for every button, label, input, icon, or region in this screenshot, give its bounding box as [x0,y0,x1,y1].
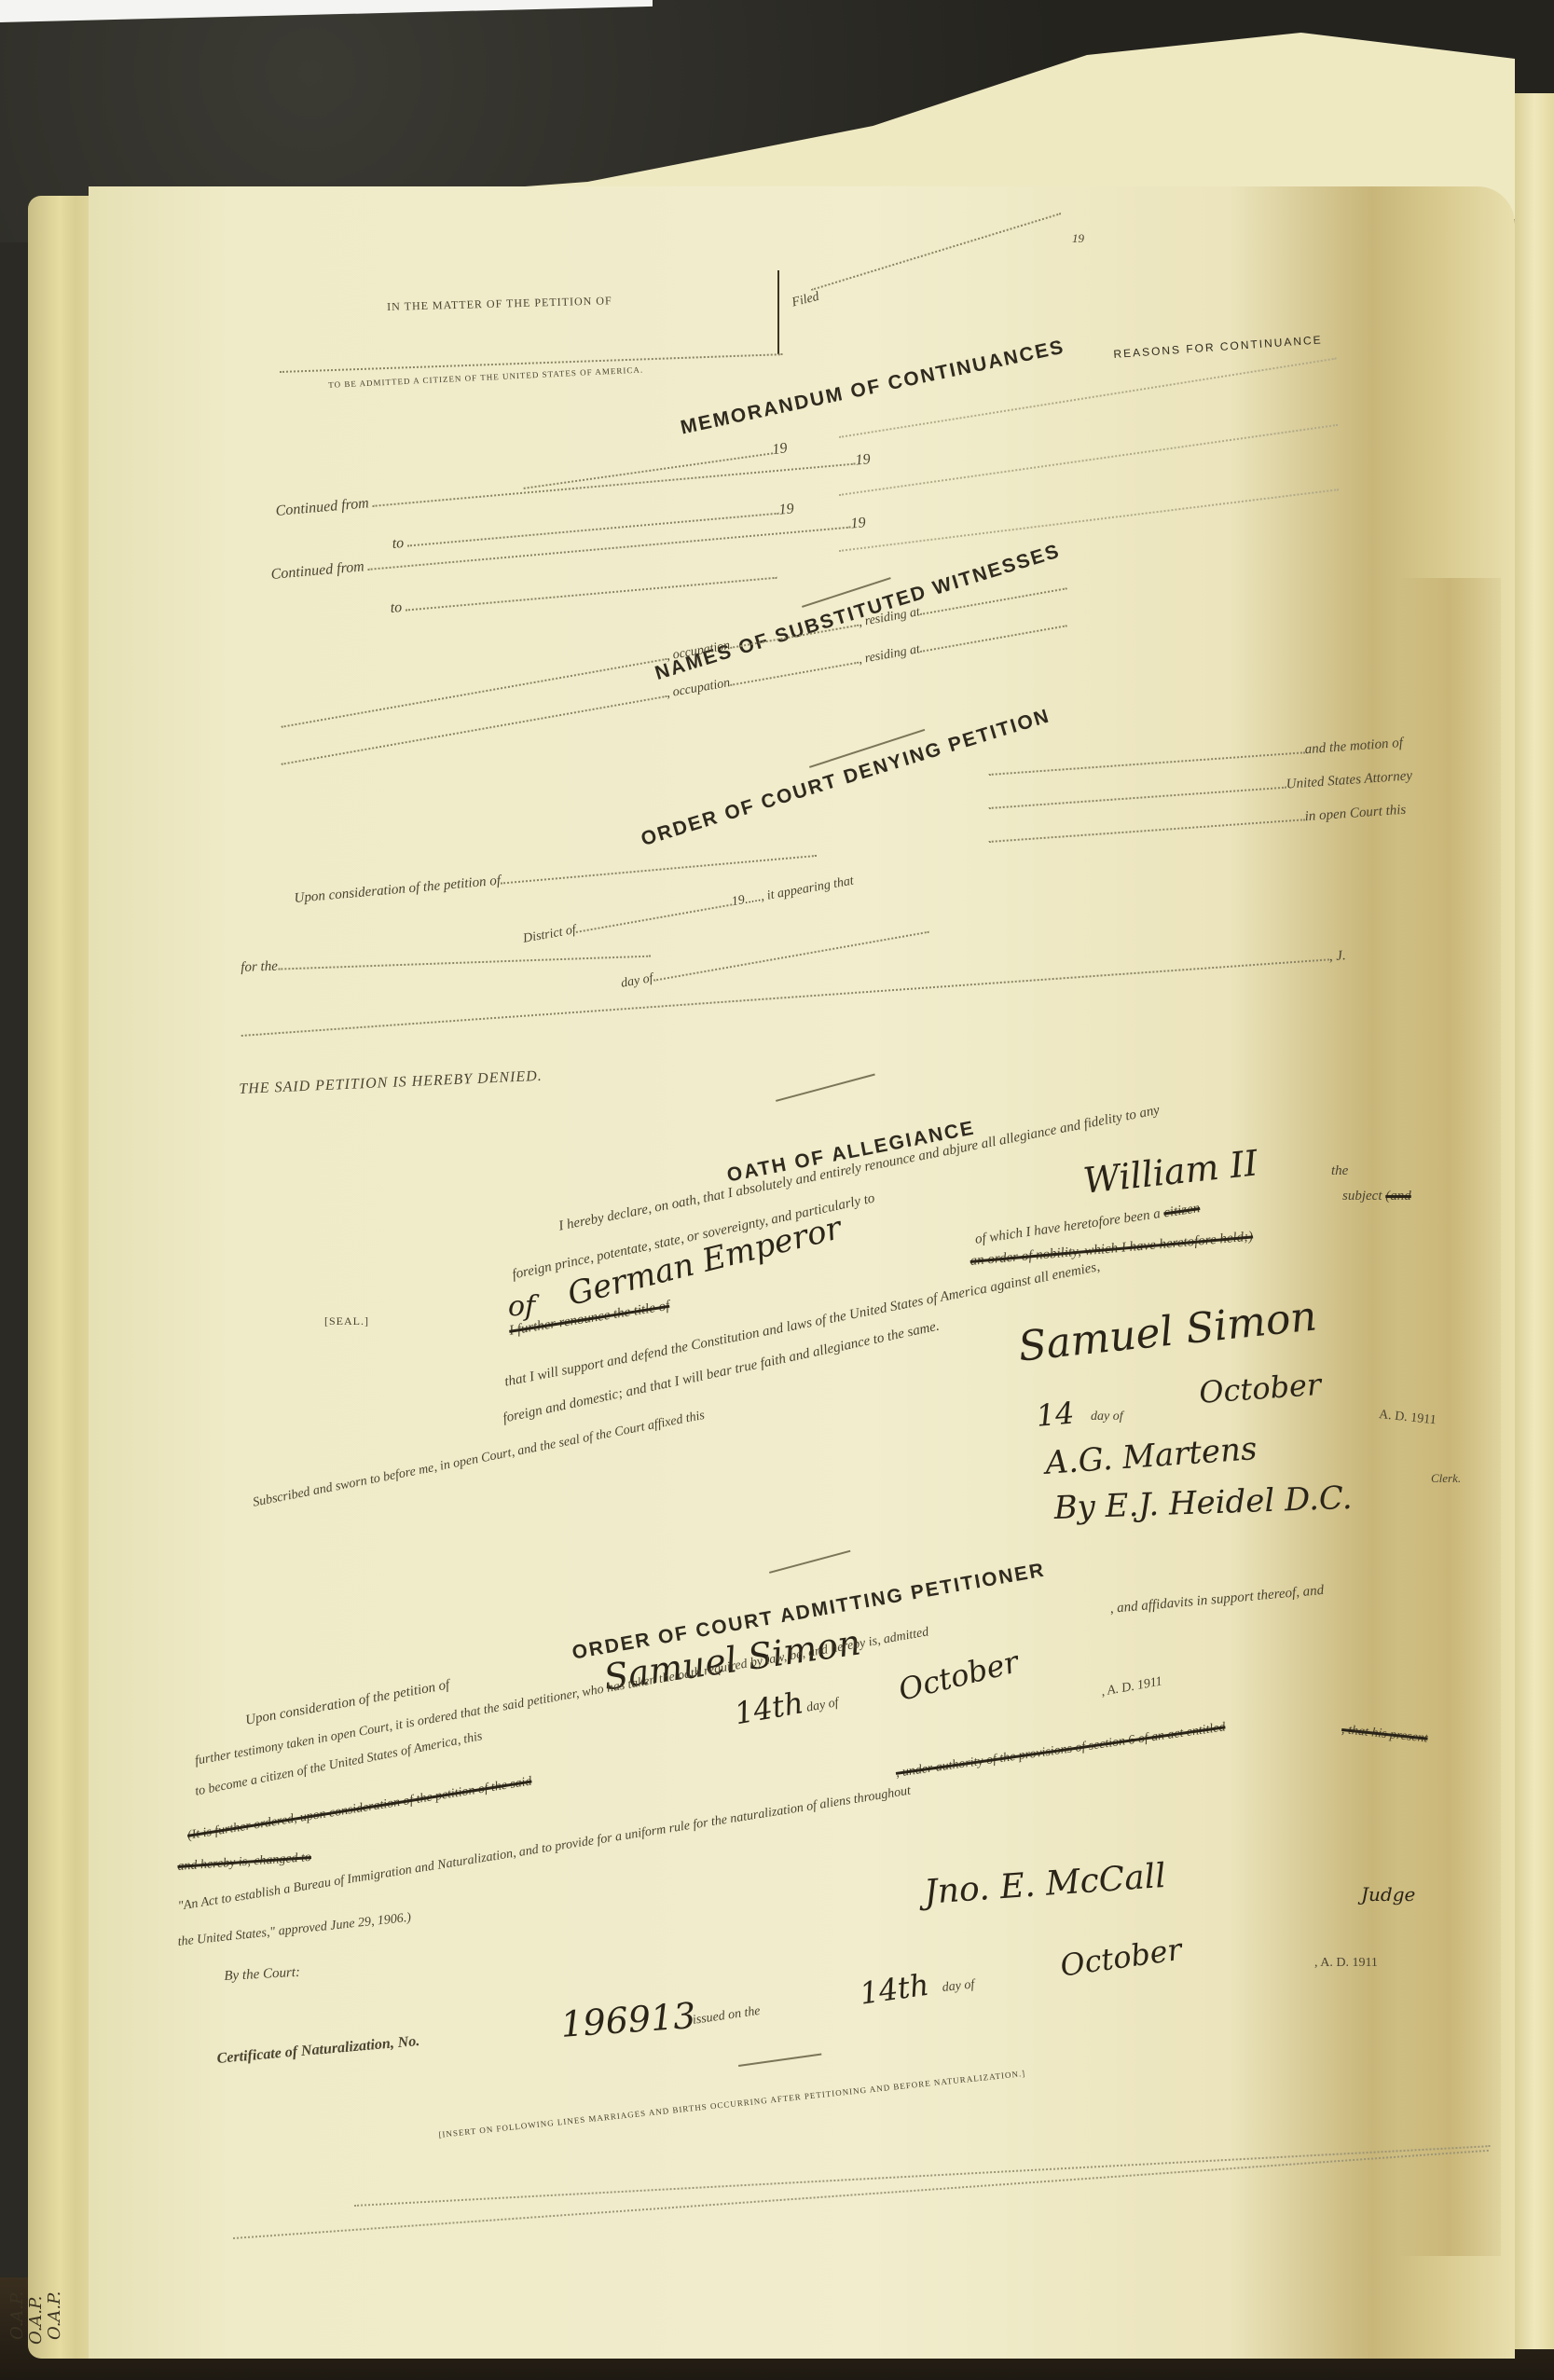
oath-day-of: day of [1091,1410,1123,1424]
document-content: IN THE MATTER OF THE PETITION OF Filed 1… [0,0,1554,2380]
bracket-divider [777,270,779,354]
of-handwritten: of [508,1290,535,1323]
certificate-label: Certificate of Naturalization, No. [216,2033,420,2068]
margin-note: O.A.P. [7,2291,27,2340]
act-line: "An Act to establish a Bureau of Immigra… [177,1784,912,1915]
reasons-for-continuance-label: REASONS FOR CONTINUANCE [1113,333,1323,361]
continued-from-label: Continued from [275,495,369,519]
section-divider [769,1550,850,1574]
struck-present-name: , that his present [1341,1723,1428,1747]
filed-line [811,213,1062,293]
oath-ad-year: A. D. 1911 [1378,1408,1437,1428]
open-court-label: in open Court this [1304,803,1407,825]
admitting-month-handwritten: October [895,1644,1022,1708]
margin-note: O.A.P. [45,2291,64,2340]
clerk-signature: A.G. Martens [1044,1430,1258,1482]
admitting-day-of: day of [805,1696,840,1716]
year-appearing-label: 19....., it appearing that [731,874,855,910]
clerk-label: Clerk. [1431,1471,1461,1486]
insert-line [233,2150,1489,2241]
oath-day-handwritten: 14 [1035,1395,1076,1433]
deputy-clerk-signature: By E.J. Heidel D.C. [1053,1479,1353,1527]
continuance-year: 19 [850,515,866,531]
continuance-year: 19 [778,501,794,517]
subscribed-sworn-text: Subscribed and sworn to before me, in op… [252,1409,706,1511]
judge-suffix: , J. [1328,948,1346,964]
petitioner-signature: Samuel Simon [1016,1292,1319,1370]
district-of-label: District of [522,923,577,946]
to-label: to [390,599,403,616]
oath-line-1: I hereby declare, on oath, that I absolu… [557,1103,1161,1235]
residing-at-label: residing at [864,642,921,666]
reason-line [839,488,1339,554]
denying-district: District of19....., it appearing that [522,874,855,947]
denying-for-the: for the [241,946,651,976]
us-attorney-label: United States Attorney [1286,768,1412,791]
for-the-label: for the [241,959,278,975]
upon-consideration-label: Upon consideration of the petition of [294,874,502,906]
reason-line [839,424,1338,498]
motion-of-label: and the motion of [1304,736,1403,757]
certificate-day-of: day of [942,1977,975,1996]
admitting-affidavits: , and affidavits in support thereof, and [1109,1583,1325,1617]
insert-note: [INSERT ON FOLLOWING LINES MARRIAGES AND… [438,2069,1026,2139]
to-label: to [392,535,405,552]
matter-of-petition-label: IN THE MATTER OF THE PETITION OF [387,294,612,314]
by-the-court-label: By the Court: [224,1965,300,1985]
day-of-label: day of [620,971,654,991]
filed-label: Filed [791,290,821,311]
filed-year: 19 [1072,231,1084,246]
occupation-label: occupation [672,676,732,700]
oath-the: the [1331,1163,1348,1179]
oath-month-handwritten: October [1198,1367,1322,1410]
struck-changed-to: and hereby is, changed to [177,1850,312,1875]
petition-denied-statement: THE SAID PETITION IS HEREBY DENIED. [239,1068,543,1098]
subject-label: subject [1342,1189,1382,1204]
continued-from-label: Continued from [270,558,364,583]
margin-note: O.A.P. [26,2296,46,2345]
struck-under-authority: , under authority of the provisions of s… [895,1720,1227,1782]
and-struck: (and [1385,1189,1411,1204]
section-divider [738,2053,821,2067]
certificate-ad-year: , A. D. 1911 [1314,1956,1378,1971]
continuance-year: 19 [855,451,871,468]
certificate-day-handwritten: 14th [858,1967,931,2012]
continuance-row-4: to [390,567,777,617]
section-divider [776,1074,875,1102]
judge-label: Judge [1361,1883,1415,1905]
sovereign-name-handwritten: William II [1081,1142,1259,1201]
act-line-end: the United States," approved June 29, 19… [177,1911,412,1950]
admitting-ad-year: , A. D. 1911 [1100,1674,1163,1699]
citizen-struck: citizen [1162,1201,1201,1220]
admitting-line-2: further testimony taken in open Court, i… [194,1625,930,1768]
issued-on-label: issued on the [692,2004,762,2029]
judge-signature: Jno. E. McCall [923,1857,1167,1912]
seal-label: [SEAL.] [324,1314,369,1328]
certificate-month-handwritten: October [1058,1932,1184,1984]
continuances-title: MEMORANDUM OF CONTINUANCES [679,337,1066,440]
oath-subject: subject (and [1342,1189,1411,1204]
insert-line [354,2145,1491,2208]
certificate-number-handwritten: 196913 [559,1995,697,2045]
continuance-year: 19 [771,440,788,458]
admitting-day-handwritten: 14th [732,1685,806,1731]
